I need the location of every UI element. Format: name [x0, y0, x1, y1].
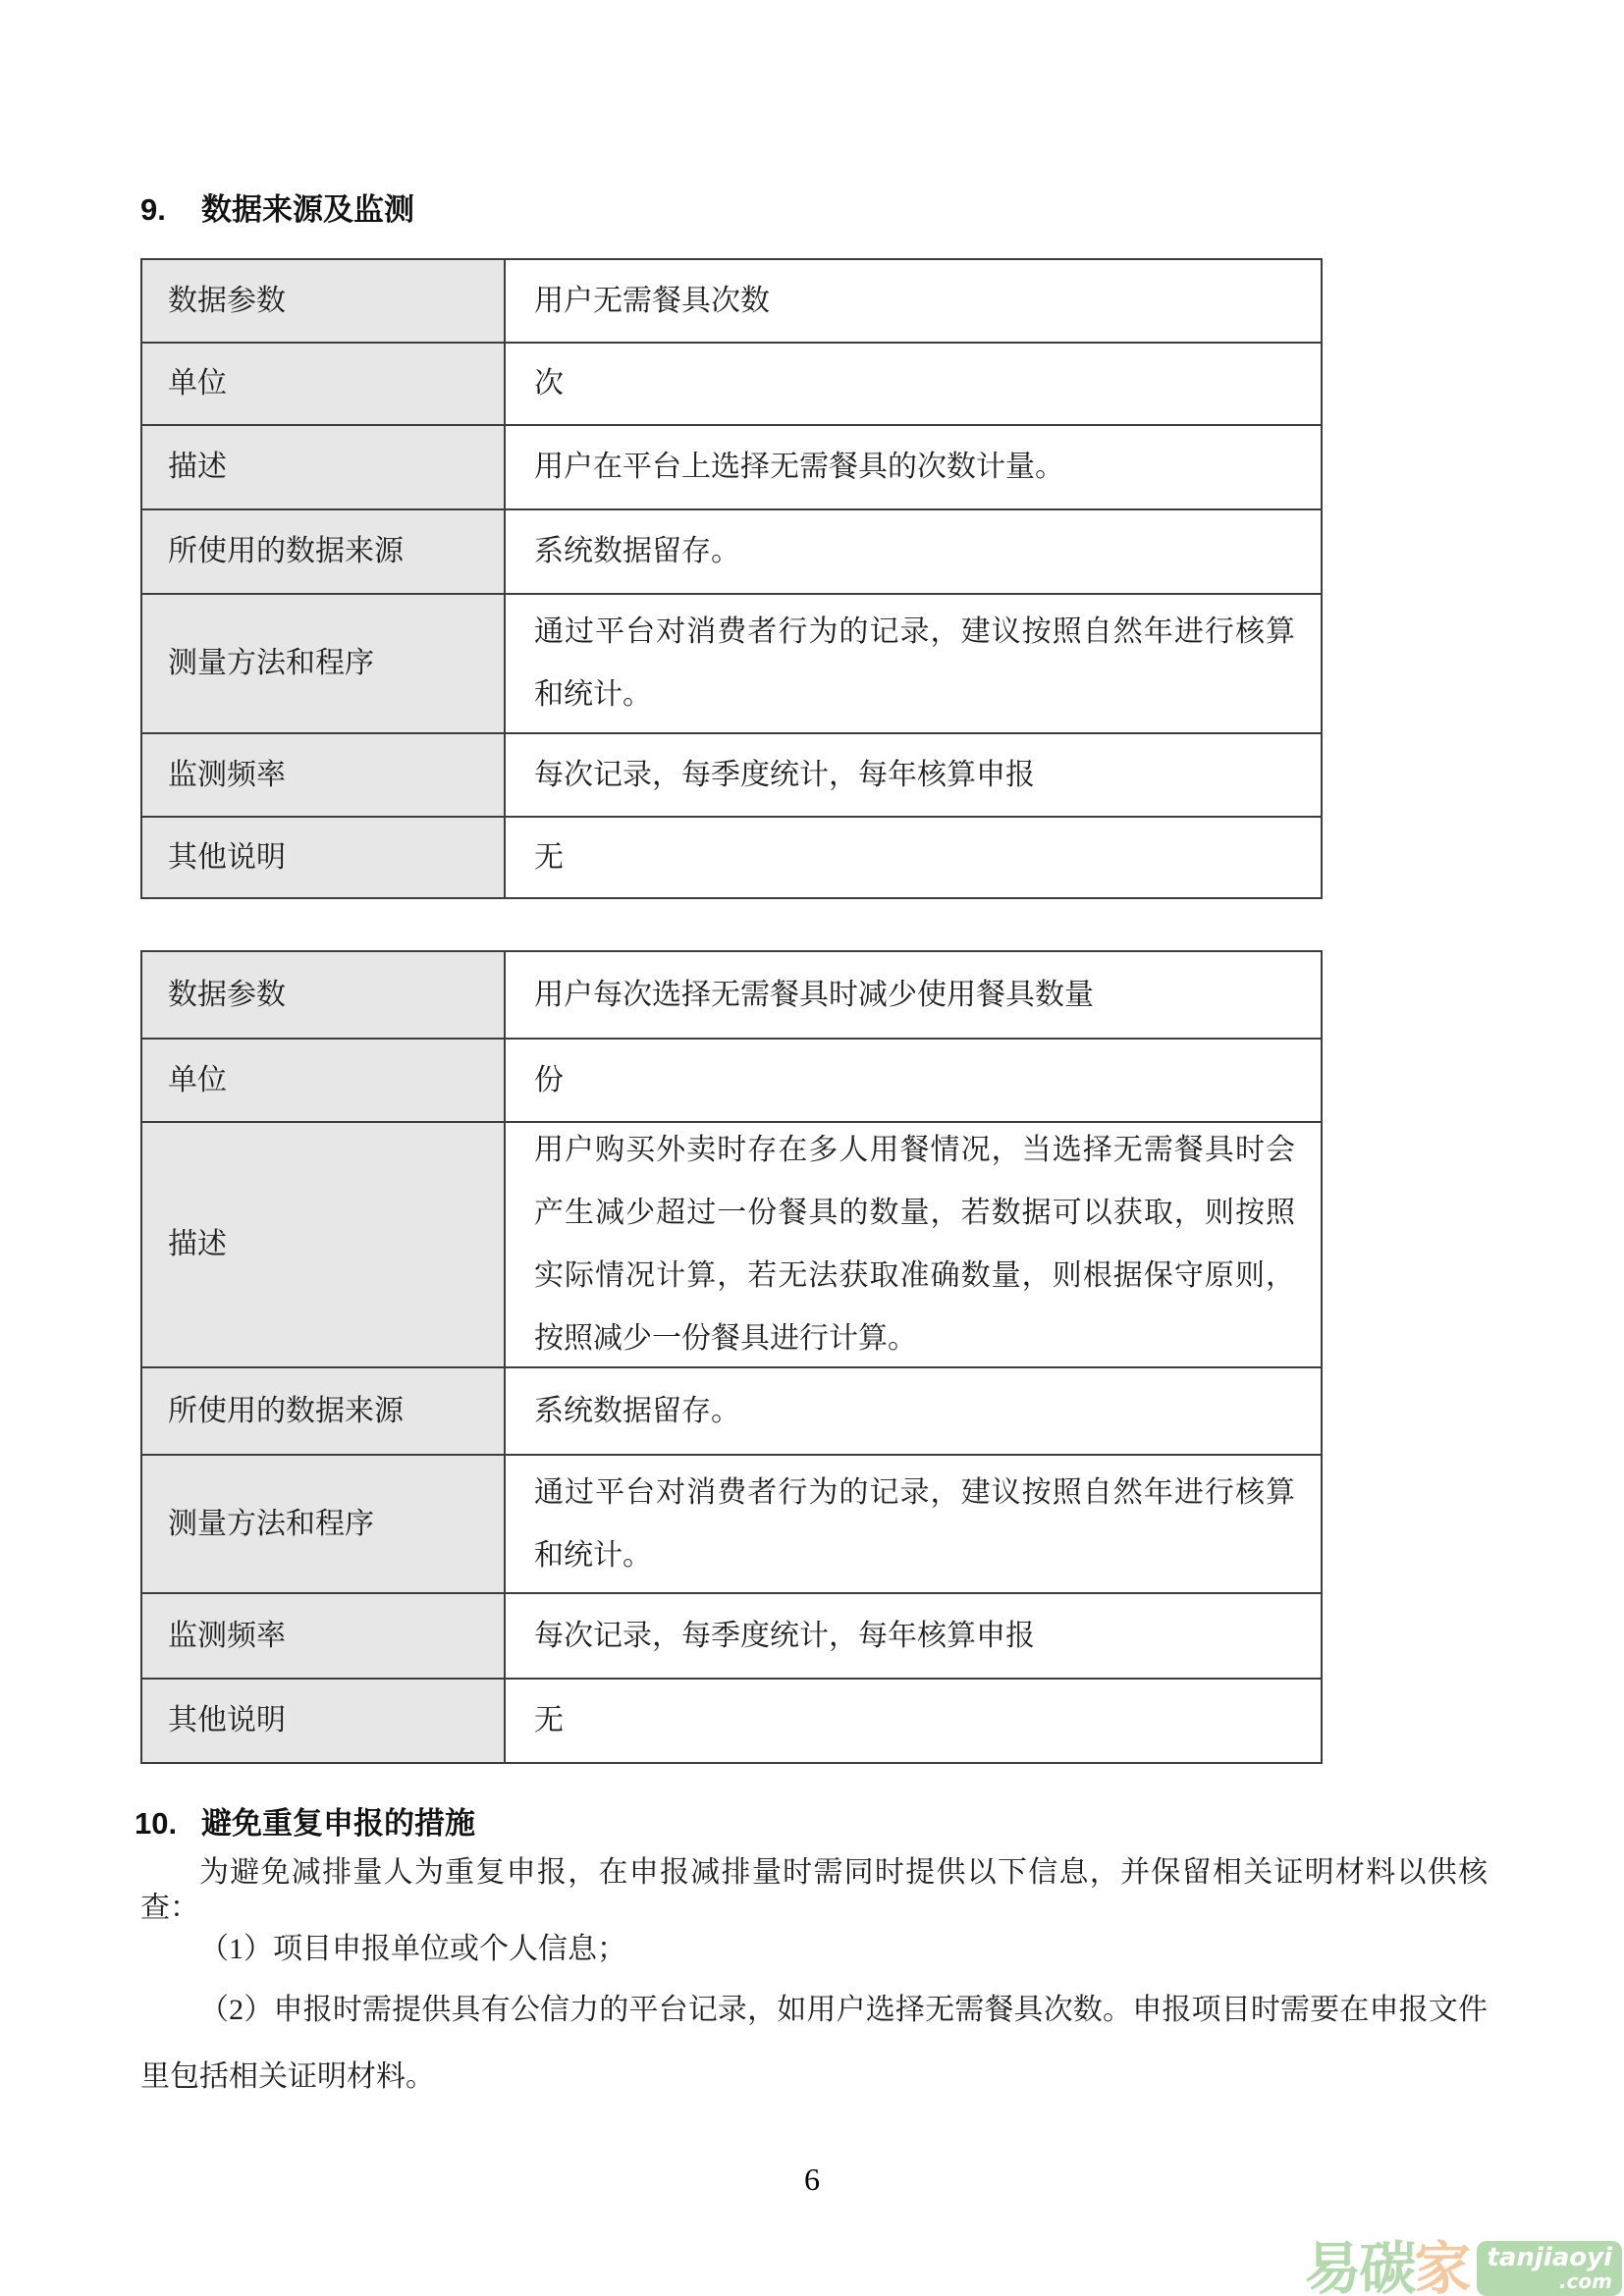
section-9-number: 9.	[140, 192, 201, 228]
watermark-badge-line2: .com	[1559, 2271, 1612, 2291]
row-value: 用户购买外卖时存在多人用餐情况，当选择无需餐具时会产生减少超过一份餐具的数量，若…	[506, 1123, 1321, 1366]
monitoring-table-1: 数据参数 用户无需餐具次数 单位 次 描述 用户在平台上选择无需餐具的次数计量。…	[140, 258, 1323, 899]
row-value: 通过平台对消费者行为的记录，建议按照自然年进行核算和统计。	[506, 595, 1321, 732]
watermark-brand-green: 易碳	[1304, 2239, 1414, 2296]
row-value: 系统数据留存。	[506, 1368, 1321, 1454]
page-number: 6	[0, 2162, 1624, 2198]
row-label: 单位	[142, 344, 506, 424]
table-row: 其他说明 无	[142, 816, 1321, 897]
table-row: 单位 份	[142, 1038, 1321, 1121]
table-row: 监测频率 每次记录，每季度统计，每年核算申报	[142, 1592, 1321, 1678]
section-10-heading: 10.避免重复申报的措施	[135, 1806, 475, 1842]
paragraph-item-1: （1）项目申报单位或个人信息；	[140, 1932, 1488, 1967]
row-label: 所使用的数据来源	[142, 1368, 506, 1454]
row-value: 用户无需餐具次数	[506, 260, 1321, 342]
row-label: 其他说明	[142, 1680, 506, 1762]
table-row: 测量方法和程序 通过平台对消费者行为的记录，建议按照自然年进行核算和统计。	[142, 1454, 1321, 1592]
paragraph-intro: 为避免减排量人为重复申报，在申报减排量时需同时提供以下信息，并保留相关证明材料以…	[140, 1855, 1488, 1926]
watermark-logo: 易碳 家 tanjiaoyi .com	[1304, 2239, 1622, 2296]
row-value: 系统数据留存。	[506, 510, 1321, 593]
section-10-title: 避免重复申报的措施	[201, 1806, 475, 1841]
row-label: 监测频率	[142, 1594, 506, 1678]
table-row: 单位 次	[142, 342, 1321, 424]
watermark-badge-line1: tanjiaoyi	[1487, 2244, 1612, 2271]
table-row: 描述 用户在平台上选择无需餐具的次数计量。	[142, 424, 1321, 508]
row-value: 无	[506, 818, 1321, 897]
section-9-heading: 9.数据来源及监测	[140, 192, 414, 228]
row-label: 测量方法和程序	[142, 1456, 506, 1592]
table-row: 数据参数 用户无需餐具次数	[142, 260, 1321, 342]
table-row: 其他说明 无	[142, 1678, 1321, 1762]
watermark-badge: tanjiaoyi .com	[1477, 2241, 1622, 2296]
table-row: 所使用的数据来源 系统数据留存。	[142, 1366, 1321, 1454]
row-value: 每次记录，每季度统计，每年核算申报	[506, 1594, 1321, 1678]
row-label: 测量方法和程序	[142, 595, 506, 732]
section-9-title: 数据来源及监测	[201, 192, 414, 227]
row-label: 其他说明	[142, 818, 506, 897]
table-row: 所使用的数据来源 系统数据留存。	[142, 508, 1321, 593]
table-row: 描述 用户购买外卖时存在多人用餐情况，当选择无需餐具时会产生减少超过一份餐具的数…	[142, 1121, 1321, 1366]
row-label: 数据参数	[142, 952, 506, 1038]
section-10-number: 10.	[135, 1806, 201, 1842]
row-value: 无	[506, 1680, 1321, 1762]
monitoring-table-2: 数据参数 用户每次选择无需餐具时减少使用餐具数量 单位 份 描述 用户购买外卖时…	[140, 950, 1323, 1764]
row-value: 用户在平台上选择无需餐具的次数计量。	[506, 426, 1321, 508]
row-label: 描述	[142, 426, 506, 508]
table-row: 测量方法和程序 通过平台对消费者行为的记录，建议按照自然年进行核算和统计。	[142, 593, 1321, 732]
row-value: 次	[506, 344, 1321, 424]
row-label: 数据参数	[142, 260, 506, 342]
watermark-brand-orange: 家	[1414, 2239, 1471, 2296]
row-label: 描述	[142, 1123, 506, 1366]
row-label: 单位	[142, 1040, 506, 1121]
row-value: 每次记录，每季度统计，每年核算申报	[506, 734, 1321, 816]
row-label: 所使用的数据来源	[142, 510, 506, 593]
table-row: 数据参数 用户每次选择无需餐具时减少使用餐具数量	[142, 952, 1321, 1038]
row-value: 通过平台对消费者行为的记录，建议按照自然年进行核算和统计。	[506, 1456, 1321, 1592]
row-label: 监测频率	[142, 734, 506, 816]
row-value: 用户每次选择无需餐具时减少使用餐具数量	[506, 952, 1321, 1038]
paragraph-item-2: （2）申报时需提供具有公信力的平台记录，如用户选择无需餐具次数。申报项目时需要在…	[140, 1977, 1488, 2110]
row-value: 份	[506, 1040, 1321, 1121]
document-page: 9.数据来源及监测 数据参数 用户无需餐具次数 单位 次 描述 用户在平台上选择…	[0, 0, 1624, 2296]
table-row: 监测频率 每次记录，每季度统计，每年核算申报	[142, 732, 1321, 816]
